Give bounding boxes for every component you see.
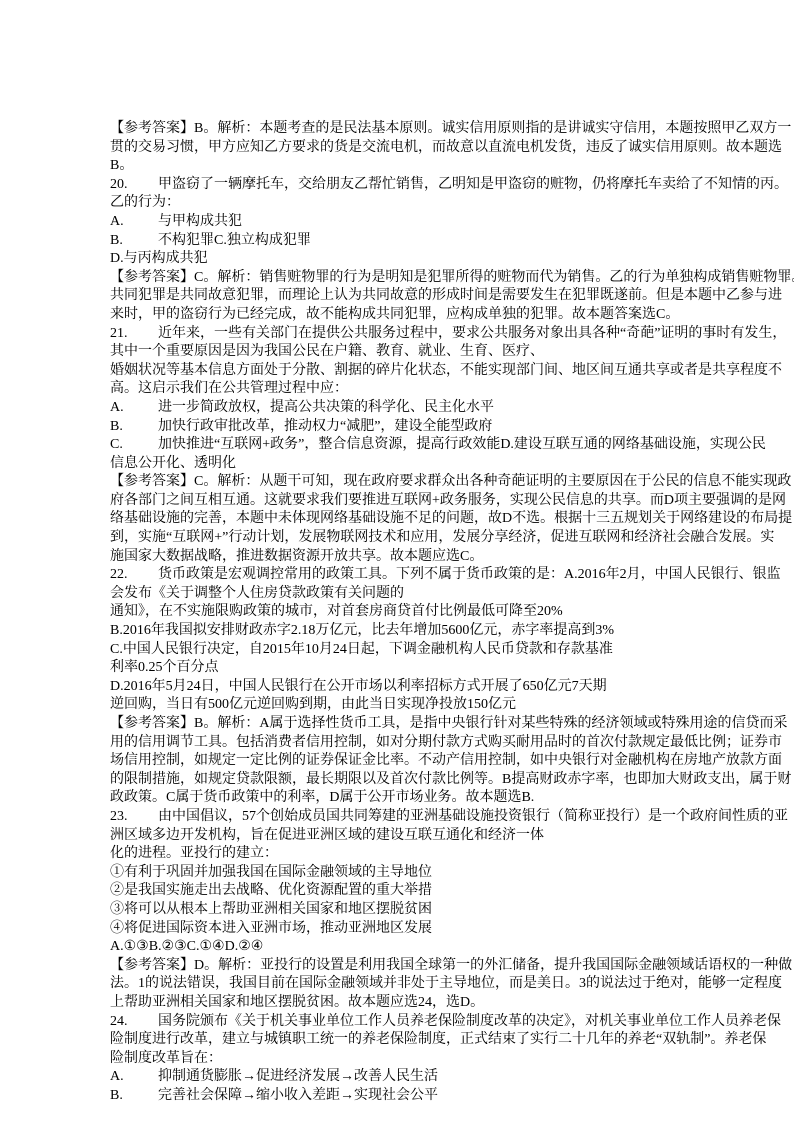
text-line: 政政策。C属于货币政策中的利率，D属于公开市场业务。故本题选B.	[110, 789, 794, 808]
question-23: 23. 由中国倡议，57个创始成员国共同筹建的亚洲基础设施投资银行（简称亚投行）…	[110, 808, 794, 957]
text-line: 会发布《关于调整个人住房贷款政策有关问题的	[110, 585, 794, 604]
text-line: C.中国人民银行决定，自2015年10月24日起，下调金融机构人民币贷款和存款基…	[110, 641, 794, 660]
text-line: 险制度改革旨在：	[110, 1050, 794, 1069]
text-line: 24. 国务院颁布《关于机关事业单位工作人员养老保险制度改革的决定》，对机关事业…	[110, 1013, 794, 1032]
text-line: 险制度进行改革，建立与城镇职工统一的养老保险制度，正式结束了实行二十几年的养老“…	[110, 1031, 794, 1050]
text-line: ②是我国实施走出去战略、优化资源配置的重大举措	[110, 882, 794, 901]
text-line: A.①③B.②③C.①④D.②④	[110, 938, 794, 957]
text-line: 洲区域多边开发机构，旨在促进亚洲区域的建设互联互通化和经济一体	[110, 827, 794, 846]
answer-block-prev: 【参考答案】B。解析：本题考查的是民法基本原则。诚实信用原则指的是讲诚实守信用，…	[110, 120, 794, 176]
text-line: B。	[110, 157, 794, 176]
text-line: 乙的行为：	[110, 194, 794, 213]
question-24: 24. 国务院颁布《关于机关事业单位工作人员养老保险制度改革的决定》，对机关事业…	[110, 1013, 794, 1069]
text-line: 22. 货币政策是宏观调控常用的政策工具。下列不属于货币政策的是：A.2016年…	[110, 566, 794, 585]
question-22: 22. 货币政策是宏观调控常用的政策工具。下列不属于货币政策的是：A.2016年…	[110, 566, 794, 715]
answer-23: 【参考答案】D。解析：亚投行的设置是利用我国全球第一的外汇储备，提升我国国际金融…	[110, 957, 794, 1013]
text-line: 场信用控制，如规定一定比例的证券保证金比率。不动产信用控制，如中央银行对金融机构…	[110, 752, 794, 771]
text-line: B. 不构犯罪C.独立构成犯罪	[110, 232, 794, 251]
text-line: 到，实施“互联网+”行动计划，发展物联网技术和应用，发展分享经济，促进互联网和经…	[110, 529, 794, 548]
text-line: 23. 由中国倡议，57个创始成员国共同筹建的亚洲基础设施投资银行（简称亚投行）…	[110, 808, 794, 827]
text-line: 贯的交易习惯，甲方应知乙方要求的货是交流电机，而故意以直流电机发货，违反了诚实信…	[110, 139, 794, 158]
document-page: 【参考答案】B。解析：本题考查的是民法基本原则。诚实信用原则指的是讲诚实守信用，…	[0, 0, 794, 1123]
text-line: 府各部门之间互相互通。这就要求我们要推进互联网+政务服务，实现公民信息的共享。而…	[110, 492, 794, 511]
text-line: 婚姻状况等基本信息方面处于分散、割据的碎片化状态，不能实现部门间、地区间互通共享…	[110, 362, 794, 381]
text-line: 施国家大数据战略，推进数据资源开放共享。故本题应选C。	[110, 548, 794, 567]
text-line: 其中一个重要原因是因为我国公民在户籍、教育、就业、生育、医疗、	[110, 343, 794, 362]
text-line: B. 完善社会保障→缩小收入差距→实现社会公平	[110, 1087, 794, 1106]
answer-20: 【参考答案】C。解析：销售赃物罪的行为是明知是犯罪所得的赃物而代为销售。乙的行为…	[110, 269, 794, 325]
options-24: A. 抑制通货膨胀→促进经济发展→改善人民生活B. 完善社会保障→缩小收入差距→…	[110, 1068, 794, 1105]
text-line: 21. 近年来，一些有关部门在提供公共服务过程中，要求公共服务对象出具各种“奇葩…	[110, 325, 794, 344]
text-line: A. 抑制通货膨胀→促进经济发展→改善人民生活	[110, 1068, 794, 1087]
document-content: 【参考答案】B。解析：本题考查的是民法基本原则。诚实信用原则指的是讲诚实守信用，…	[110, 120, 794, 1105]
text-line: D.与丙构成共犯	[110, 250, 794, 269]
text-line: 信息公开化、透明化	[110, 455, 794, 474]
text-line: 化的进程。亚投行的建立：	[110, 845, 794, 864]
text-line: 用的信用调节工具。包括消费者信用控制，如对分期付款方式购买耐用品时的首次付款规定…	[110, 734, 794, 753]
text-line: 【参考答案】B。解析：A属于选择性货币工具，是指中央银行针对某些特殊的经济领域或…	[110, 715, 794, 734]
text-line: A. 进一步简政放权，提高公共决策的科学化、民主化水平	[110, 399, 794, 418]
text-line: 【参考答案】C。解析：销售赃物罪的行为是明知是犯罪所得的赃物而代为销售。乙的行为…	[110, 269, 794, 288]
text-line: B. 加快行政审批改革，推动权力“减肥”，建设全能型政府	[110, 418, 794, 437]
options-21: A. 进一步简政放权，提高公共决策的科学化、民主化水平B. 加快行政审批改革，推…	[110, 399, 794, 473]
text-line: 来时，甲的盗窃行为已经完成，故不能构成共同犯罪，应构成单独的犯罪。故本题答案选C…	[110, 306, 794, 325]
options-20: A. 与甲构成共犯B. 不构犯罪C.独立构成犯罪D.与丙构成共犯	[110, 213, 794, 269]
answer-22: 【参考答案】B。解析：A属于选择性货币工具，是指中央银行针对某些特殊的经济领域或…	[110, 715, 794, 808]
text-line: 逆回购，当日有500亿元逆回购到期，由此当日实现净投放150亿元	[110, 696, 794, 715]
text-line: 共同犯罪是共同故意犯罪，而理论上认为共同故意的形成时间是需要发生在犯罪既遂前。但…	[110, 287, 794, 306]
question-20: 20. 甲盗窃了一辆摩托车，交给朋友乙帮忙销售，乙明知是甲盗窃的赃物，仍将摩托车…	[110, 176, 794, 213]
text-line: 利率0.25个百分点	[110, 659, 794, 678]
text-line: 法。1的说法错误，我国目前在国际金融领域并非处于主导地位，而是美日。3的说法过于…	[110, 975, 794, 994]
text-line: B.2016年我国拟安排财政赤字2.18万亿元，比去年增加5600亿元，赤字率提…	[110, 622, 794, 641]
text-line: 【参考答案】B。解析：本题考查的是民法基本原则。诚实信用原则指的是讲诚实守信用，…	[110, 120, 794, 139]
answer-21: 【参考答案】C。解析：从题干可知，现在政府要求群众出各种奇葩证明的主要原因在于公…	[110, 473, 794, 566]
text-line: 20. 甲盗窃了一辆摩托车，交给朋友乙帮忙销售，乙明知是甲盗窃的赃物，仍将摩托车…	[110, 176, 794, 195]
text-line: 【参考答案】C。解析：从题干可知，现在政府要求群众出各种奇葩证明的主要原因在于公…	[110, 473, 794, 492]
text-line: ③将可以从根本上帮助亚洲相关国家和地区摆脱贫困	[110, 901, 794, 920]
text-line: D.2016年5月24日，中国人民银行在公开市场以利率招标方式开展了650亿元7…	[110, 678, 794, 697]
text-line: 高。这启示我们在公共管理过程中应：	[110, 380, 794, 399]
text-line: ④将促进国际资本进入亚洲市场，推动亚洲地区发展	[110, 920, 794, 939]
text-line: 上帮助亚洲相关国家和地区摆脱贫困。故本题应选24，选D。	[110, 994, 794, 1013]
text-line: 的限制措施，如规定贷款限额，最长期限以及首次付款比例等。B提高财政赤字率，也即加…	[110, 771, 794, 790]
text-line: 络基础设施的完善，本题中未体现网络基础设施不足的问题，故D不选。根据十三五规划关…	[110, 510, 794, 529]
text-line: 【参考答案】D。解析：亚投行的设置是利用我国全球第一的外汇储备，提升我国国际金融…	[110, 957, 794, 976]
text-line: A. 与甲构成共犯	[110, 213, 794, 232]
text-line: ①有利于巩固并加强我国在国际金融领域的主导地位	[110, 864, 794, 883]
question-21: 21. 近年来，一些有关部门在提供公共服务过程中，要求公共服务对象出具各种“奇葩…	[110, 325, 794, 399]
text-line: 通知》，在不实施限购政策的城市，对首套房商贷首付比例最低可降至20%	[110, 603, 794, 622]
text-line: C. 加快推进“互联网+政务”，整合信息资源，提高行政效能D.建设互联互通的网络…	[110, 436, 794, 455]
